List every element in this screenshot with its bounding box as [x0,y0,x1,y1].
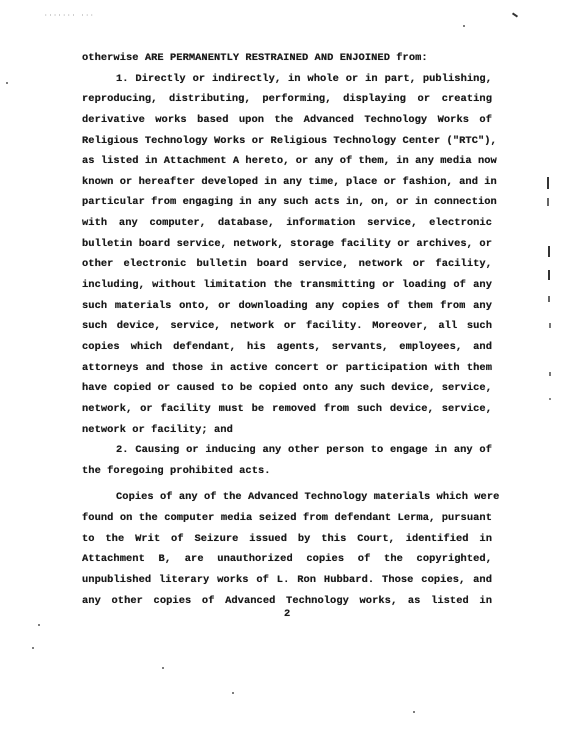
item-2-line: 2. Causing or inducing any other person … [82,440,492,461]
document-page: ······· ··· otherwise ARE PERMANENTLY RE… [0,0,567,734]
body-line: particular from engaging in any such act… [82,192,492,213]
body-line: attorneys and those in active concert or… [82,358,492,379]
body-line: Attachment B, are unauthorized copies of… [82,549,492,570]
body-line: unpublished literary works of L. Ron Hub… [82,570,492,591]
body-line: other electronic bulletin board service,… [82,254,492,275]
body-line: as listed in Attachment A hereto, or any… [82,151,492,172]
body-line: reproducing, distributing, performing, d… [82,89,492,110]
body-line: have copied or caused to be copied onto … [82,378,492,399]
body-line: such device, service, network or facilit… [82,316,492,337]
body-line: with any computer, database, information… [82,213,492,234]
body-line: known or hereafter developed in any time… [82,172,492,193]
header-fragment: ······· ··· [44,12,95,19]
scan-speck [232,692,234,694]
margin-mark [549,323,551,328]
margin-mark [547,198,549,206]
scan-speck [162,667,164,669]
body-line: the foregoing prohibited acts. [82,461,492,482]
margin-mark [548,296,550,302]
margin-mark [547,177,549,189]
scan-speck [6,82,8,84]
margin-mark [548,246,550,257]
body-line: bulletin board service, network, storage… [82,234,492,255]
body-line: such materials onto, or downloading any … [82,296,492,317]
body-line: Religious Technology Works or Religious … [82,131,492,152]
scan-speck [38,624,40,626]
scan-speck [32,647,34,649]
margin-mark [549,398,551,400]
body-line: including, without limitation the transm… [82,275,492,296]
intro-line: otherwise ARE PERMANENTLY RESTRAINED AND… [82,48,492,69]
body-line: copies which defendant, his agents, serv… [82,337,492,358]
item-1-line: 1. Directly or indirectly, in whole or i… [82,69,492,90]
body-line: to the Writ of Seizure issued by this Co… [82,529,492,550]
body-line: derivative works based upon the Advanced… [82,110,492,131]
document-body: otherwise ARE PERMANENTLY RESTRAINED AND… [82,48,492,611]
body-line: found on the computer media seized from … [82,508,492,529]
body-line: network, or facility must be removed fro… [82,399,492,420]
body-line: network or facility; and [82,420,492,441]
scan-speck [413,711,415,713]
scan-speck [463,25,465,27]
paragraph-start-line: Copies of any of the Advanced Technology… [82,487,492,508]
page-number: 2 [284,608,290,620]
corner-mark [512,12,518,17]
margin-mark [549,372,551,376]
margin-mark [548,270,550,280]
